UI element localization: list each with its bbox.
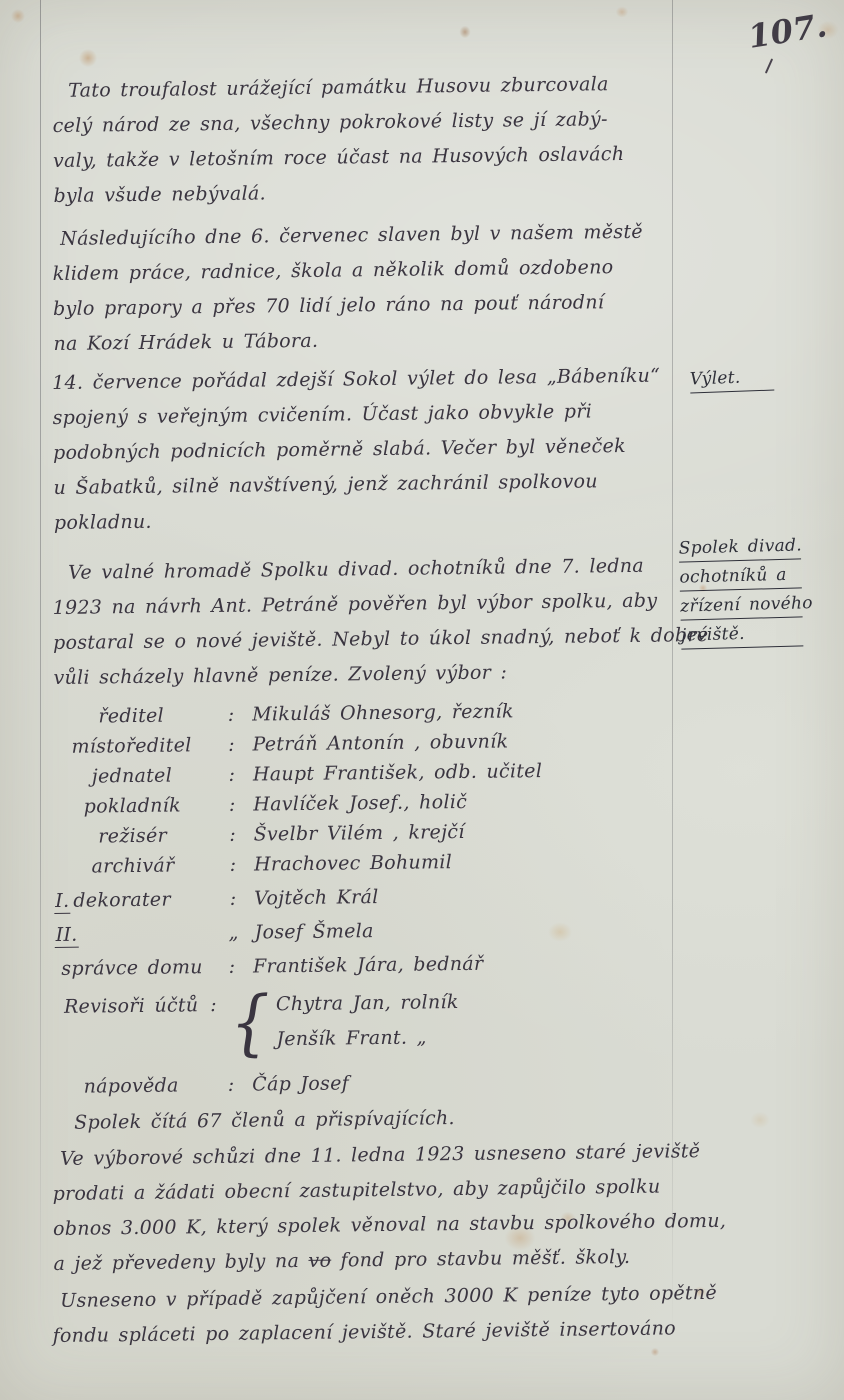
prompter-row: nápověda : Čáp Josef xyxy=(52,1064,670,1102)
separator: : xyxy=(210,730,252,761)
margin-note-line: jeviště. xyxy=(681,622,804,649)
committee-list: ředitel : Mikuláš Ohnesorg, řezník místo… xyxy=(52,694,672,882)
paragraph-sokol-trip: 14. července pořádal zdejší Sokol výlet … xyxy=(52,358,672,541)
text-line-with-correction: a jež převedeny byly na vo fond pro stav… xyxy=(53,1239,671,1282)
role-label: správce domu xyxy=(61,950,203,986)
separator: : xyxy=(210,988,225,1058)
text-line: vůli scházely hlavně peníze. Zvolený výb… xyxy=(53,653,671,696)
role-label: ředitel xyxy=(98,701,164,732)
role-label: archivář xyxy=(91,851,174,882)
member-name: Vojtěch Král xyxy=(254,876,670,915)
role-label: dekorater xyxy=(73,883,171,918)
paragraph-committee-meeting: Ve výborové schůzi dne 11. ledna 1923 us… xyxy=(52,1134,672,1282)
paragraph-general-assembly: Ve valné hromadě Spolku divad. ochotníků… xyxy=(52,548,672,696)
auditors-row: Revisoři účtů : { Chytra Jan, rolník Jen… xyxy=(52,982,671,1060)
role-label: režisér xyxy=(98,821,167,852)
paragraph-loan-resolution: Usneseno v případě zapůjčení oněch 3000 … xyxy=(52,1276,671,1354)
paragraph-july-6: Následujícího dne 6. červenec slaven byl… xyxy=(52,214,672,362)
strikethrough-word: vo xyxy=(308,1250,331,1272)
committee-list-decorators: I.dekorater : Vojtěch Král II. „ Josef Š… xyxy=(52,876,671,986)
auditors-brace: { xyxy=(230,982,271,1063)
separator: : xyxy=(210,1070,252,1101)
margin-note-line: zřízení nového xyxy=(680,593,803,620)
separator: : xyxy=(212,882,254,917)
role-label: jednatel xyxy=(92,761,173,792)
separator: : xyxy=(211,950,253,985)
paragraph-hus-celebrations: Tato troufalost urážející památku Husovu… xyxy=(52,66,672,214)
separator: : xyxy=(210,700,252,731)
auditor-names: Chytra Jan, rolník Jenšík Frant. „ xyxy=(276,985,460,1057)
text-line: fondu spláceti po zaplacení jeviště. Sta… xyxy=(52,1311,670,1354)
role-label: pokladník xyxy=(83,790,181,821)
margin-note-line: ochotníků a xyxy=(679,564,802,591)
roman-numeral: II. xyxy=(54,922,78,947)
page-number: 107. xyxy=(746,6,830,56)
separator: : xyxy=(211,790,253,821)
member-name: Čáp Josef xyxy=(252,1064,670,1099)
member-name: Chytra Jan, rolník xyxy=(276,985,459,1022)
margin-note-text: Výlet. xyxy=(690,367,775,394)
member-name: Josef Šmela xyxy=(254,910,670,949)
margin-note-trip: Výlet. xyxy=(690,367,775,399)
text-line: na Kozí Hrádek u Tábora. xyxy=(53,319,671,362)
committee-row: archivář : Hrachovec Bohumil xyxy=(54,844,672,882)
separator: „ xyxy=(212,916,254,951)
separator: : xyxy=(211,760,253,791)
text-line: pokladnu. xyxy=(54,498,672,541)
right-margin-rule xyxy=(672,0,673,1400)
role-label: Revisoři účtů xyxy=(52,988,211,1060)
margin-note-theatre: Spolek divad. ochotníků a zřízení nového… xyxy=(679,535,804,654)
committee-row: správce domu : František Jára, bednář xyxy=(53,944,671,986)
left-margin-rule xyxy=(40,0,41,1400)
role-label: místoředitel xyxy=(71,730,191,761)
separator: : xyxy=(212,850,254,881)
manuscript-page: 107. Tato troufalost urážející památku H… xyxy=(0,0,844,1400)
page-number-flourish-stroke xyxy=(765,58,773,73)
separator: : xyxy=(211,820,253,851)
margin-note-line: Spolek divad. xyxy=(679,535,802,562)
text-line: byla všude nebývalá. xyxy=(53,171,671,214)
member-name: Jenšík Frant. „ xyxy=(276,1020,459,1057)
text-segment: a jež převedeny byly na xyxy=(53,1250,308,1275)
role-label: nápověda xyxy=(52,1070,210,1102)
text-segment: fond pro stavbu měšť. školy. xyxy=(331,1246,630,1272)
member-name: Hrachovec Bohumil xyxy=(254,844,672,879)
roman-numeral: I. xyxy=(54,888,70,913)
member-name: František Jára, bednář xyxy=(253,944,671,983)
